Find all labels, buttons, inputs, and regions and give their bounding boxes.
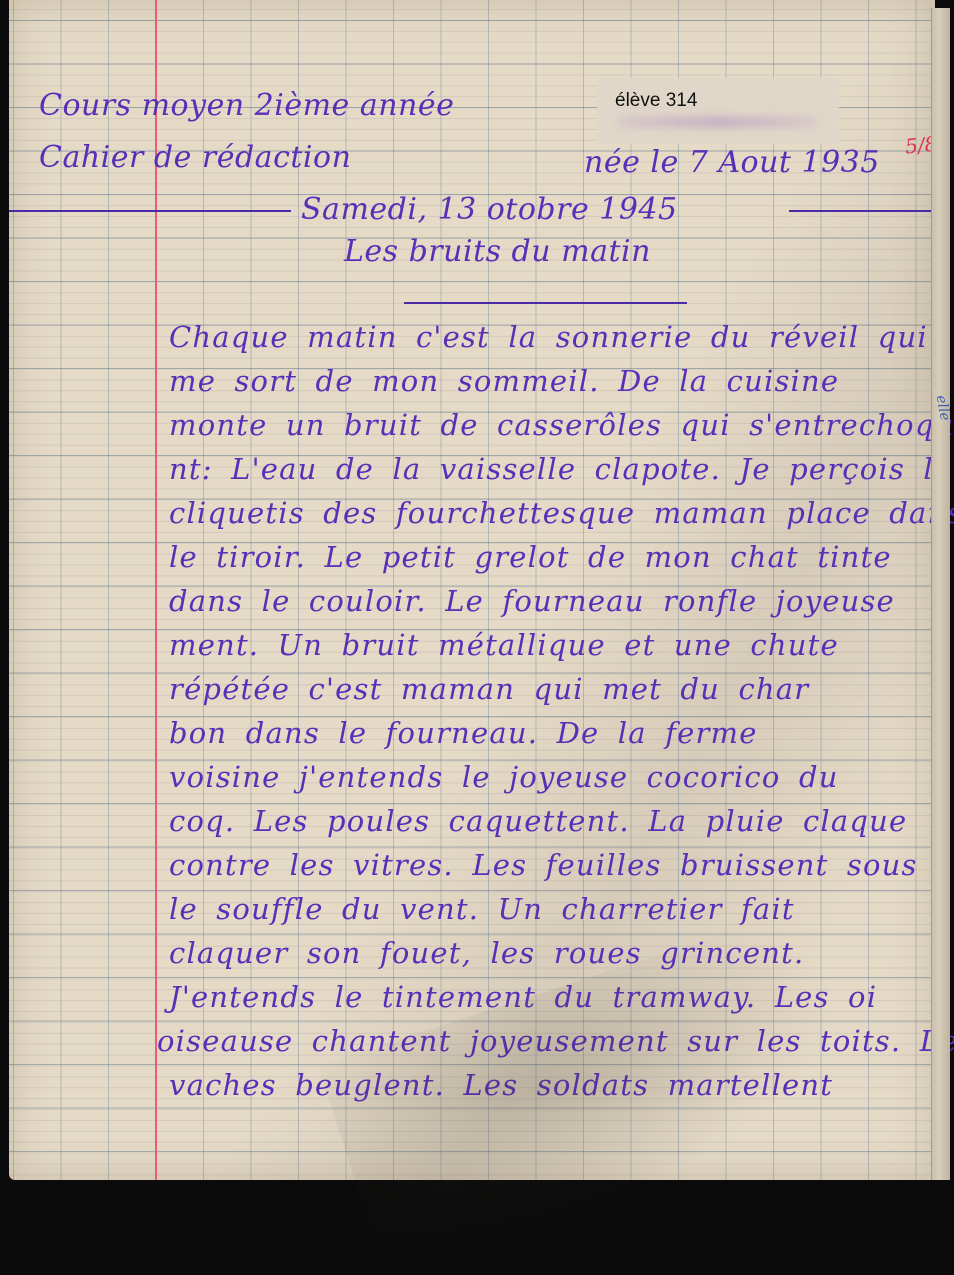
essay-date-line: Samedi, 13 otobre 1945 [301,192,678,227]
page-stack-edge [931,8,950,1180]
body-line: oiseause chantent joyeusement sur les to… [157,1024,954,1058]
title-underline [404,302,687,304]
left-header-rule [9,210,291,212]
body-line: répétée c'est maman qui met du char [169,672,809,706]
birth-date-line: née le 7 Aout 1935 [584,145,880,180]
redacted-name-block: élève 314 [597,78,839,144]
body-line: contre les vitres. Les feuilles bruissen… [169,848,918,882]
class-level-line: Cours moyen 2ième année [39,88,454,123]
body-line: coq. Les poules caquettent. La pluie cla… [169,804,907,838]
red-margin-line [155,0,157,1180]
body-line: claquer son fouet, les roues grincent. [169,936,804,970]
body-line: dans le couloir. Le fourneau ronfle joye… [169,584,895,618]
body-line: vaches beuglent. Les soldats martellent [169,1068,833,1102]
body-line: nt: L'eau de la vaisselle clapote. Je pe… [169,452,952,486]
body-line: me sort de mon sommeil. De la cuisine [169,364,839,398]
body-line: le tiroir. Le petit grelot de mon chat t… [169,540,892,574]
body-line: le souffle du vent. Un charretier fait [169,892,795,926]
student-id-label: élève 314 [615,90,697,112]
right-header-rule [789,210,935,212]
body-line: ment. Un bruit métallique et une chute [169,628,839,662]
body-line: monte un bruit de casserôles qui s'entre… [169,408,954,442]
body-line: bon dans le fourneau. De la ferme [169,716,758,750]
essay-title: Les bruits du matin [344,234,651,269]
notebook-title-line: Cahier de rédaction [39,140,351,175]
notebook-page: Cours moyen 2ième année Cahier de rédact… [9,0,935,1180]
body-line: cliquetis des fourchettesque maman place… [169,496,954,530]
body-line: voisine j'entends le joyeuse cocorico du [169,760,839,794]
blurred-name [617,116,817,128]
body-line: J'entends le tintement du tramway. Les o… [169,980,877,1014]
body-line: Chaque matin c'est la sonnerie du réveil… [169,320,928,354]
